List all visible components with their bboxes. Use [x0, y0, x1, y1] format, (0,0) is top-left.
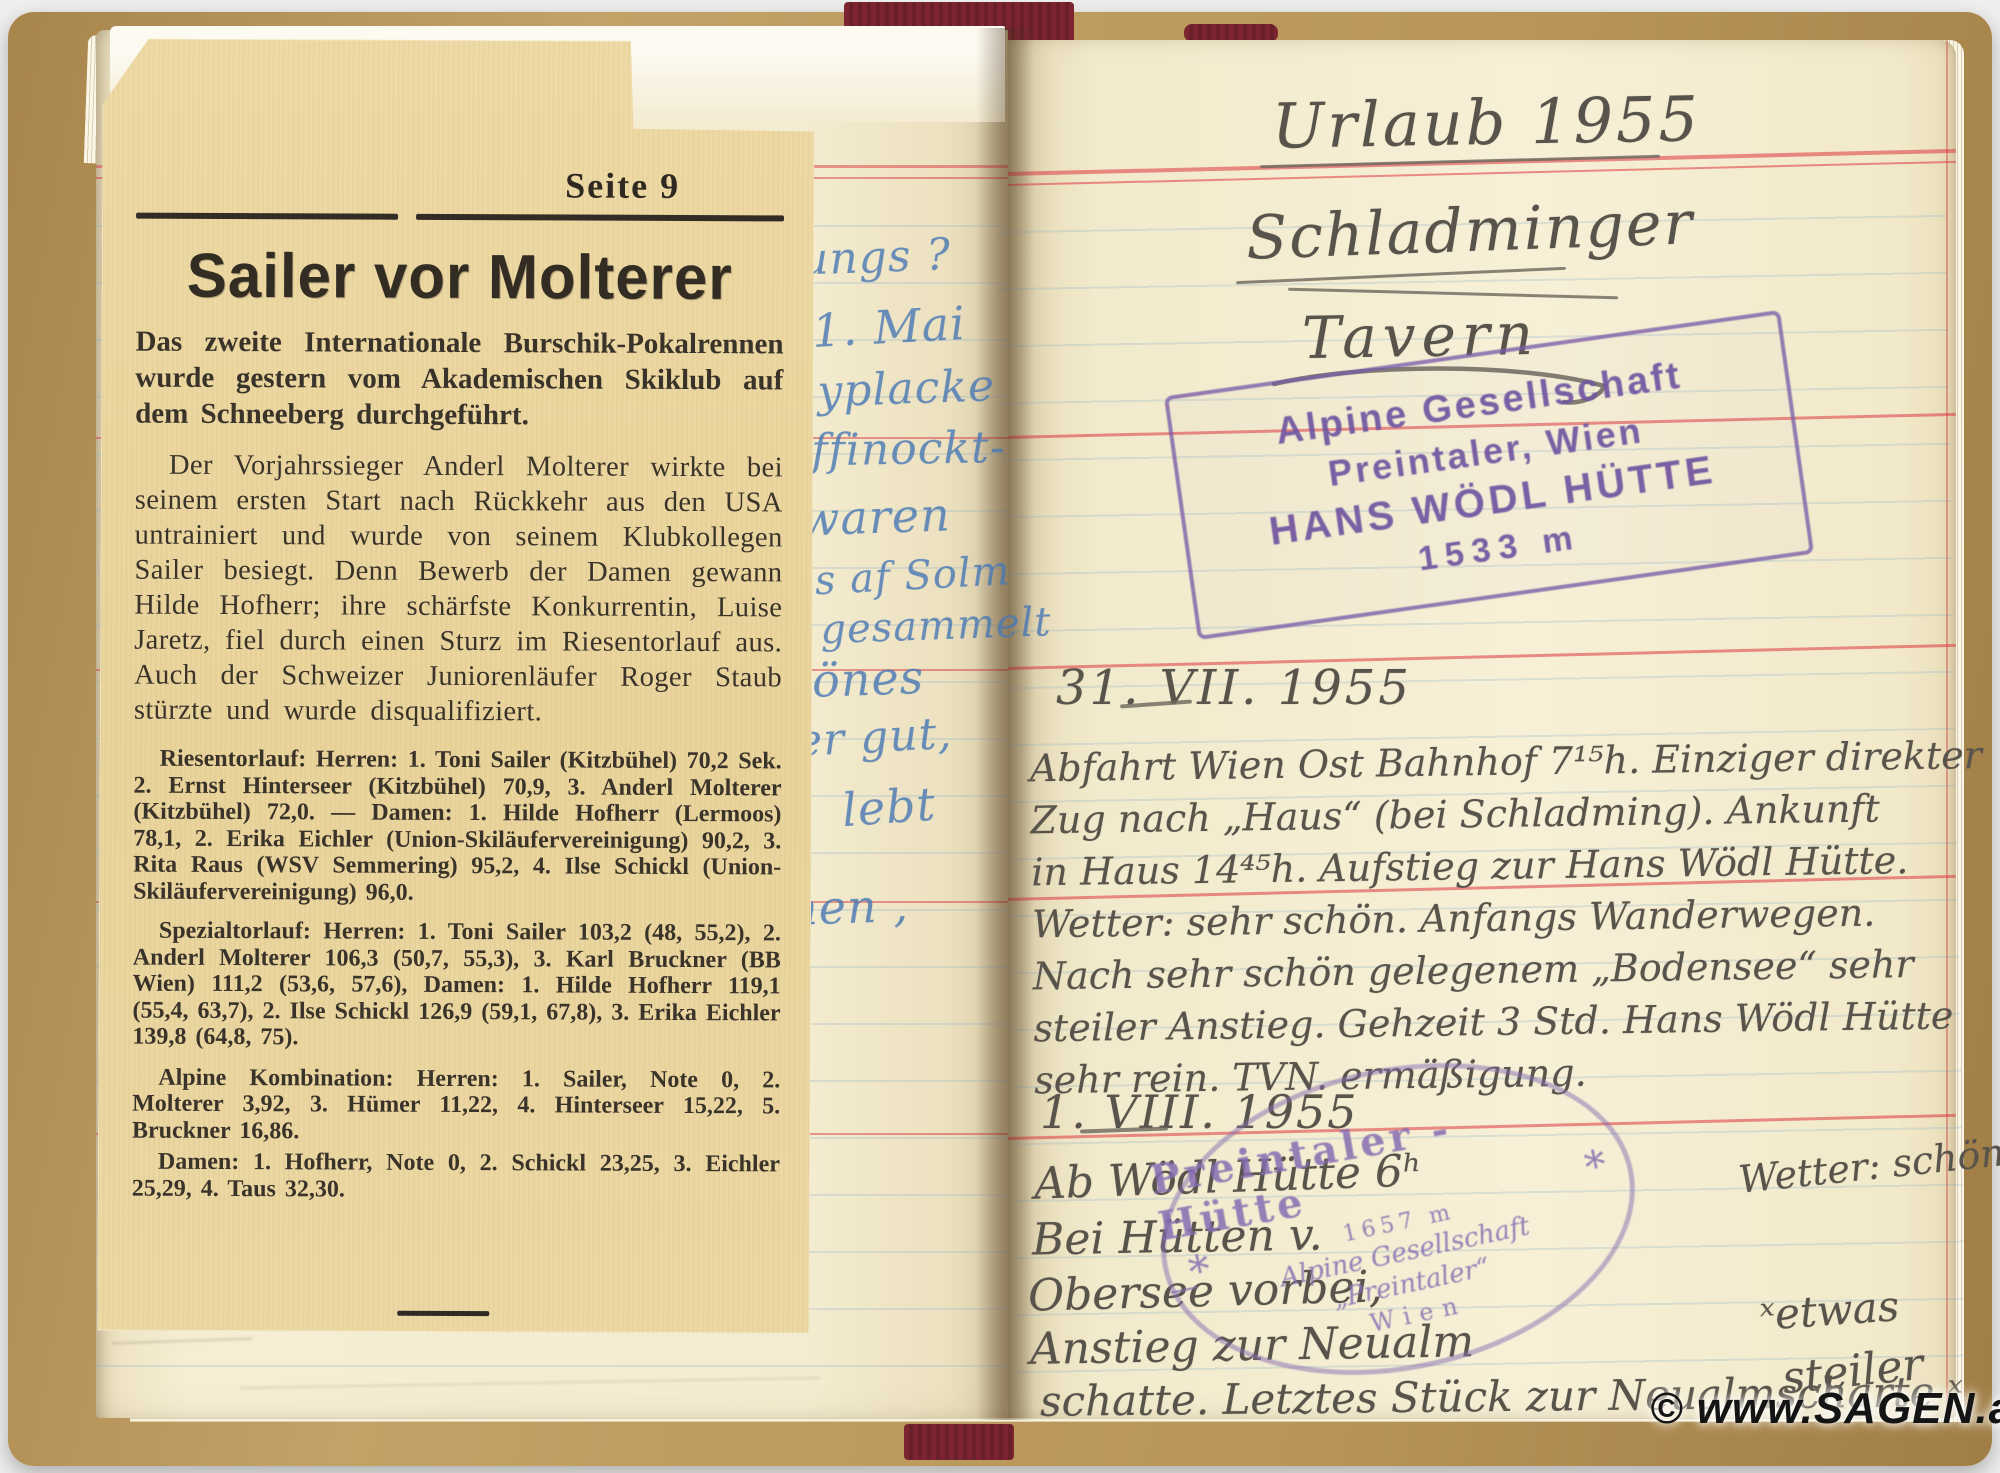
clipping-end-divider — [397, 1311, 489, 1316]
diary-title: Urlaub 1955 — [1271, 82, 1701, 162]
right-red-margin-line — [1946, 40, 1948, 1418]
ink-fragment: hyplacke — [787, 360, 996, 418]
ink-fragment: affinockt- — [784, 422, 1006, 477]
clipping-lede: Das zweite Internationale Burschik-Pokal… — [135, 324, 783, 435]
header-rule-left — [136, 213, 398, 220]
clipping-headline: Sailer vor Molterer — [136, 239, 784, 314]
ink-fragment: ungs ? — [799, 229, 952, 285]
clipping-results-riesentorlauf: Riesentorlauf: Herren: 1. Toni Sailer (K… — [133, 746, 782, 908]
diary-entry-1: Abfahrt Wien Ost Bahnhof 7¹⁵h. Einziger … — [1030, 730, 1945, 1107]
photo-backdrop: Seite 9 Sailer vor Molterer Das zweite I… — [0, 0, 2000, 1473]
newspaper-clipping: Seite 9 Sailer vor Molterer Das zweite I… — [97, 38, 815, 1333]
spine-ribbon-bottom — [904, 1424, 1014, 1460]
side-note-etwas: ˣetwas — [1758, 1281, 1900, 1340]
ink-fragment: waren — [799, 487, 951, 546]
ink-fragment: önes — [811, 650, 925, 708]
watermark: © www.SAGEN.at — [1650, 1384, 2000, 1434]
header-rule-right — [416, 214, 784, 222]
clipping-body: Der Vorjahrssieger Anderl Molterer wirkt… — [134, 448, 783, 731]
clipping-header-rule — [136, 213, 784, 222]
gutter-shadow — [976, 28, 1034, 1420]
ink-fragment: lebt — [840, 777, 937, 837]
ink-fragment: e gesammelt — [781, 599, 1052, 654]
diary-date-1: 31. VII. 1955 — [1056, 660, 1412, 716]
ink-fragment: er gut, — [795, 708, 954, 767]
clipping-results-damen: Damen: 1. Hofherr, Note 0, 2. Schickl 23… — [132, 1149, 780, 1205]
ink-fragment: 1. Mai — [811, 296, 967, 358]
clipping-results-spezialtorlauf: Spezialtorlauf: Herren: 1. Toni Sailer 1… — [132, 918, 781, 1053]
clipping-results-alpine-kombination: Alpine Kombination: Herren: 1. Sailer, N… — [132, 1064, 780, 1146]
clipping-page-label: Seite 9 — [136, 163, 784, 208]
